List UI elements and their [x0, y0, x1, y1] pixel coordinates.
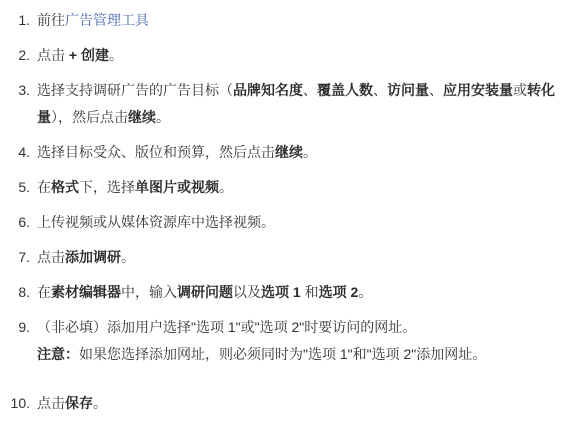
step-note: 注意：如果您选择添加网址，则必须同时为"选项 1"和"选项 2"添加网址。 — [37, 341, 574, 368]
step-text: 、 — [303, 82, 317, 98]
step-text: 。 — [219, 179, 233, 195]
list-item: 7.点击添加调研。 — [4, 244, 574, 271]
list-item: 2.点击 + 创建。 — [4, 42, 574, 69]
step-text: 中，输入 — [121, 284, 177, 300]
instructions-container: 1.前往广告管理工具2.点击 + 创建。3.选择支持调研广告的广告目标（品牌知名… — [0, 0, 582, 417]
step-text: 在 — [37, 284, 51, 300]
list-item: 8.在素材编辑器中，输入调研问题以及选项 1 和选项 2。 — [4, 279, 574, 306]
step-number: 6. — [4, 209, 30, 236]
step-text-line: 前往广告管理工具 — [37, 7, 574, 34]
step-number: 9. — [4, 314, 30, 341]
step-text-line: （非必填）添加用户选择"选项 1"或"选项 2"时要访问的网址。 — [37, 314, 574, 341]
step-text-line: 在素材编辑器中，输入调研问题以及选项 1 和选项 2。 — [37, 279, 574, 306]
step-text-bold: 选项 1 — [261, 284, 301, 300]
step-body: 点击保存。 — [37, 390, 574, 417]
step-text-bold: 选项 2 — [319, 284, 359, 300]
step-text: 。 — [93, 395, 107, 411]
step-text: 、 — [373, 82, 387, 98]
step-text-bold: 继续 — [275, 144, 303, 160]
step-text: 如果您选择添加网址，则必须同时为"选项 1"和"选项 2"添加网址。 — [79, 346, 486, 362]
step-text: 或 — [513, 82, 527, 98]
step-text: 以及 — [233, 284, 261, 300]
step-text: 。 — [121, 249, 135, 265]
step-text: 点击 — [37, 47, 69, 63]
step-text-bold: 品牌知名度 — [233, 82, 303, 98]
step-body: 上传视频或从媒体资源库中选择视频。 — [37, 209, 574, 236]
step-link[interactable]: 广告管理工具 — [65, 12, 149, 28]
list-item: 10.点击保存。 — [4, 390, 574, 417]
list-item: 9.（非必填）添加用户选择"选项 1"或"选项 2"时要访问的网址。注意：如果您… — [4, 314, 574, 382]
step-text: 选择支持调研广告的广告目标（ — [37, 82, 233, 98]
step-text: 。 — [358, 284, 372, 300]
step-text: （非必填）添加用户选择"选项 1"或"选项 2"时要访问的网址。 — [37, 319, 416, 335]
step-text: 点击 — [37, 249, 65, 265]
step-number: 7. — [4, 244, 30, 271]
step-text: 在 — [37, 179, 51, 195]
step-number: 8. — [4, 279, 30, 306]
list-item: 1.前往广告管理工具 — [4, 7, 574, 34]
step-text-bold: 保存 — [65, 395, 93, 411]
step-number: 10. — [4, 390, 30, 417]
step-text: 。 — [303, 144, 317, 160]
step-number: 1. — [4, 7, 30, 34]
step-text-line: 点击 + 创建。 — [37, 42, 574, 69]
step-text: 、 — [429, 82, 443, 98]
list-item: 5.在格式下，选择单图片或视频。 — [4, 174, 574, 201]
step-body: 在格式下，选择单图片或视频。 — [37, 174, 574, 201]
step-text-bold: 访问量 — [387, 82, 429, 98]
step-text-bold: 单图片或视频 — [135, 179, 219, 195]
step-body: 点击添加调研。 — [37, 244, 574, 271]
step-text-line: 点击添加调研。 — [37, 244, 574, 271]
step-number: 2. — [4, 42, 30, 69]
step-text: 前往 — [37, 12, 65, 28]
step-text: 点击 — [37, 395, 65, 411]
step-text-bold: 添加调研 — [65, 249, 121, 265]
step-text-bold: 注意： — [37, 346, 79, 362]
list-item: 4.选择目标受众、版位和预算，然后点击继续。 — [4, 139, 574, 166]
step-body: 前往广告管理工具 — [37, 7, 574, 34]
step-number: 4. — [4, 139, 30, 166]
step-text-bold: 应用安装量 — [443, 82, 513, 98]
list-item: 3.选择支持调研广告的广告目标（品牌知名度、覆盖人数、访问量、应用安装量或转化量… — [4, 77, 574, 131]
step-body: 在素材编辑器中，输入调研问题以及选项 1 和选项 2。 — [37, 279, 574, 306]
step-text: ），然后点击 — [51, 109, 128, 125]
step-text: 。 — [109, 47, 123, 63]
step-text-bold: + 创建 — [69, 47, 109, 63]
step-text: 。 — [156, 109, 170, 125]
step-body: 点击 + 创建。 — [37, 42, 574, 69]
step-text-bold: 素材编辑器 — [51, 284, 121, 300]
step-text-bold: 格式 — [51, 179, 79, 195]
step-text-line: 点击保存。 — [37, 390, 574, 417]
list-item: 6.上传视频或从媒体资源库中选择视频。 — [4, 209, 574, 236]
step-body: 选择支持调研广告的广告目标（品牌知名度、覆盖人数、访问量、应用安装量或转化量），… — [37, 77, 574, 131]
step-text-line: 上传视频或从媒体资源库中选择视频。 — [37, 209, 574, 236]
step-text-bold: 继续 — [128, 109, 156, 125]
step-text-line: 选择目标受众、版位和预算，然后点击继续。 — [37, 139, 574, 166]
step-number: 3. — [4, 77, 30, 104]
step-body: 选择目标受众、版位和预算，然后点击继续。 — [37, 139, 574, 166]
step-text: 下，选择 — [79, 179, 135, 195]
instructions-list: 1.前往广告管理工具2.点击 + 创建。3.选择支持调研广告的广告目标（品牌知名… — [4, 7, 574, 417]
step-text: 选择目标受众、版位和预算，然后点击 — [37, 144, 275, 160]
step-text-line: 在格式下，选择单图片或视频。 — [37, 174, 574, 201]
step-number: 5. — [4, 174, 30, 201]
step-text-line: 选择支持调研广告的广告目标（品牌知名度、覆盖人数、访问量、应用安装量或转化量），… — [37, 77, 574, 131]
step-text: 上传视频或从媒体资源库中选择视频。 — [37, 214, 275, 230]
step-text-bold: 调研问题 — [177, 284, 233, 300]
step-text: 和 — [301, 284, 319, 300]
step-text-bold: 覆盖人数 — [317, 82, 373, 98]
step-body: （非必填）添加用户选择"选项 1"或"选项 2"时要访问的网址。注意：如果您选择… — [37, 314, 574, 382]
